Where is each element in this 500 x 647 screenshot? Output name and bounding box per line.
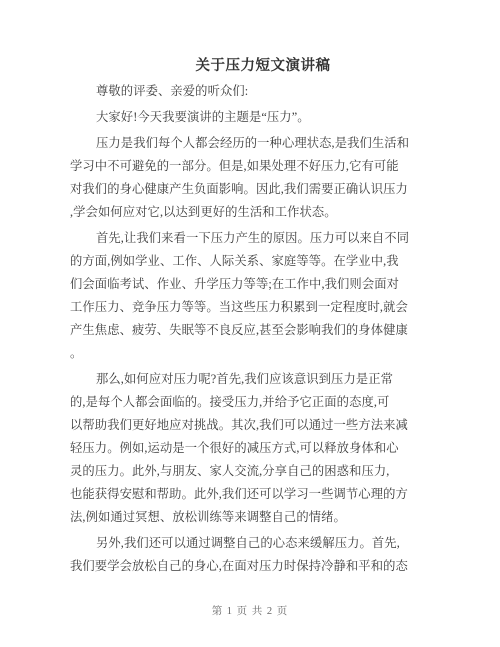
text-line: 们会面临考试、作业、升学压力等等;在工作中,我们则会面对 xyxy=(70,273,422,296)
text-line: 以帮助我们更好地应对挑战。其次,我们可以通过一些方法来减 xyxy=(70,414,422,437)
text-line: 。 xyxy=(70,342,422,365)
text-line: 也能获得安慰和帮助。此外,我们还可以学习一些调节心理的方 xyxy=(70,483,422,506)
text-line: 尊敬的评委、亲爱的听众们: xyxy=(70,80,422,103)
text-line: 对我们的身心健康产生负面影响。因此,我们需要正确认识压力 xyxy=(70,178,422,201)
page-number-footer: 第 1 页 共 2 页 xyxy=(0,603,500,618)
text-line: 产生焦虑、疲劳、失眠等不良反应,甚至会影响我们的身体健康 xyxy=(70,319,422,342)
paragraph: 压力是我们每个人都会经历的一种心理状态,是我们生活和学习中不可避免的一部分。但是… xyxy=(70,132,422,224)
paragraph: 尊敬的评委、亲爱的听众们: xyxy=(70,80,422,103)
text-line: 的,是每个人都会面临的。接受压力,并给予它正面的态度,可 xyxy=(70,391,422,414)
text-line: 大家好!今天我要演讲的主题是“压力”。 xyxy=(70,106,422,129)
text-line: 我们要学会放松自己的身心,在面对压力时保持冷静和平和的态 xyxy=(70,555,422,578)
text-line: 另外,我们还可以通过调整自己的心态来缓解压力。首先, xyxy=(70,532,422,555)
text-line: ,学会如何应对它,以达到更好的生活和工作状态。 xyxy=(70,201,422,224)
text-line: 法,例如通过冥想、放松训练等来调整自己的情绪。 xyxy=(70,506,422,529)
text-line: 压力是我们每个人都会经历的一种心理状态,是我们生活和 xyxy=(70,132,422,155)
paragraph: 另外,我们还可以通过调整自己的心态来缓解压力。首先,我们要学会放松自己的身心,在… xyxy=(70,532,422,578)
document-body: 尊敬的评委、亲爱的听众们:大家好!今天我要演讲的主题是“压力”。压力是我们每个人… xyxy=(70,80,422,578)
text-line: 首先,让我们来看一下压力产生的原因。压力可以来自不同 xyxy=(70,227,422,250)
text-line: 灵的压力。此外,与朋友、家人交流,分享自己的困惑和压力, xyxy=(70,460,422,483)
text-line: 那么,如何应对压力呢?首先,我们应该意识到压力是正常 xyxy=(70,368,422,391)
text-line: 的方面,例如学业、工作、人际关系、家庭等等。在学业中,我 xyxy=(70,250,422,273)
text-line: 学习中不可避免的一部分。但是,如果处理不好压力,它有可能 xyxy=(70,155,422,178)
text-line: 工作压力、竞争压力等等。当这些压力积累到一定程度时,就会 xyxy=(70,296,422,319)
paragraph: 那么,如何应对压力呢?首先,我们应该意识到压力是正常的,是每个人都会面临的。接受… xyxy=(70,368,422,529)
paragraph: 首先,让我们来看一下压力产生的原因。压力可以来自不同的方面,例如学业、工作、人际… xyxy=(70,227,422,365)
paragraph: 大家好!今天我要演讲的主题是“压力”。 xyxy=(70,106,422,129)
page-title: 关于压力短文演讲稿 xyxy=(26,54,500,75)
document-page: 关于压力短文演讲稿 尊敬的评委、亲爱的听众们:大家好!今天我要演讲的主题是“压力… xyxy=(0,0,500,647)
text-line: 轻压力。例如,运动是一个很好的减压方式,可以释放身体和心 xyxy=(70,437,422,460)
